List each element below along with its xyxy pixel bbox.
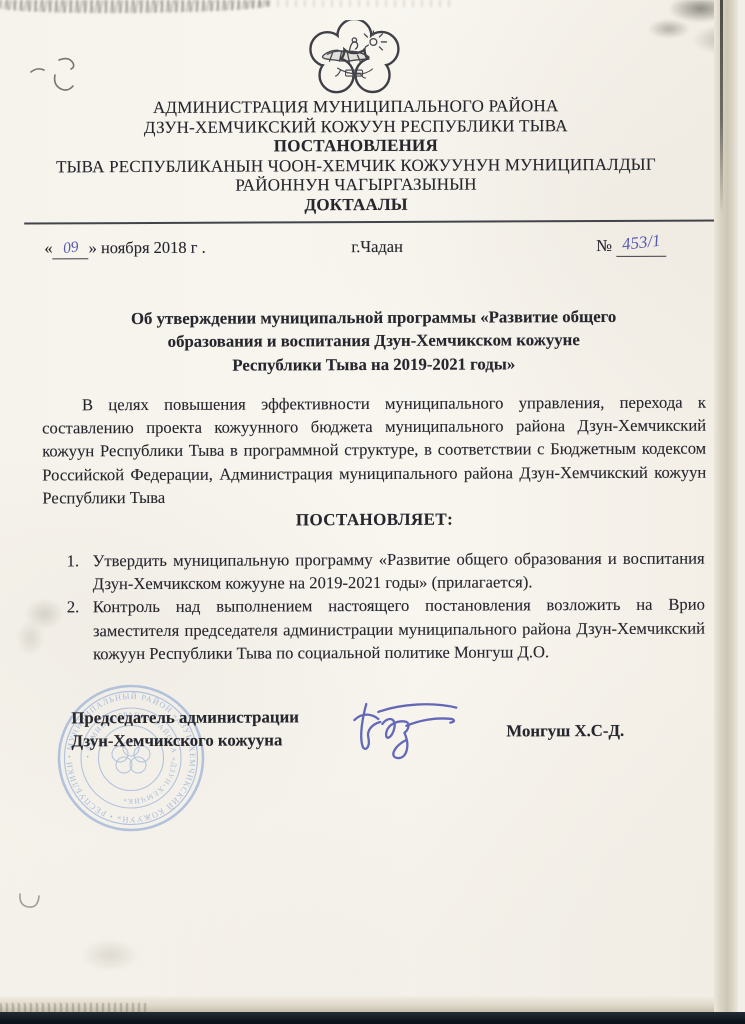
decree-title: Об утверждении муниципальной программы «… bbox=[42, 305, 706, 378]
quote-close: » bbox=[88, 238, 96, 257]
item-number: 1. bbox=[67, 549, 93, 596]
item-number: 2. bbox=[67, 596, 93, 666]
dateline: «09» ноября 2018 г . г.Чадан № 453/1 bbox=[0, 233, 713, 270]
tuva-coat-of-arms-icon bbox=[297, 20, 411, 98]
title-line2: образования и воспитания Дзун-Хемчикском… bbox=[42, 328, 706, 354]
preamble-paragraph: В целях повышения эффективности муниципа… bbox=[42, 391, 706, 510]
signature-ink bbox=[344, 686, 484, 775]
handwritten-day: 09 bbox=[62, 238, 80, 258]
letterhead: АДМИНИСТРАЦИЯ МУНИЦИПАЛЬНОГО РАЙОНА ДЗУН… bbox=[0, 96, 713, 217]
number-field: № 453/1 bbox=[596, 236, 666, 257]
handwritten-number: 453/1 bbox=[620, 231, 661, 255]
document-content: АДМИНИСТРАЦИЯ МУНИЦИПАЛЬНОГО РАЙОНА ДЗУН… bbox=[0, 0, 745, 1024]
item-text: Утвердить муниципальную программу «Разви… bbox=[93, 547, 705, 596]
signatory-name: Монгуш Х.С-Д. bbox=[506, 721, 624, 742]
header-divider bbox=[24, 219, 720, 224]
number-blank: 453/1 bbox=[616, 236, 666, 257]
number-label: № bbox=[596, 236, 612, 255]
resolution-list: 1. Утвердить муниципальную программу «Ра… bbox=[67, 547, 706, 666]
resolution-item-1: 1. Утвердить муниципальную программу «Ра… bbox=[67, 547, 705, 596]
quote-open: « bbox=[44, 238, 52, 257]
title-line3: Республики Тыва на 2019-2021 годы» bbox=[42, 351, 706, 377]
doc-type-tuvan: ДОКТААЛЫ bbox=[0, 193, 713, 216]
day-blank: 09 bbox=[52, 238, 88, 259]
title-line1: Об утверждении муниципальной программы «… bbox=[42, 305, 706, 331]
date-field: «09» ноября 2018 г . bbox=[44, 238, 206, 260]
scanned-decree-page: АДМИНИСТРАЦИЯ МУНИЦИПАЛЬНОГО РАЙОНА ДЗУН… bbox=[0, 0, 745, 1024]
signatory-position: Председатель администрации Дзун-Хемчикск… bbox=[71, 705, 299, 752]
org-name-tuvan-line1: ТЫВА РЕСПУБЛИКАНЫН ЧООН-ХЕМЧИК КОЖУУНУН … bbox=[0, 154, 713, 177]
item-text: Контроль над выполнением настоящего пост… bbox=[93, 593, 705, 665]
position-line1: Председатель администрации bbox=[71, 705, 299, 729]
date-tail: ноября 2018 г . bbox=[101, 238, 206, 257]
city-label: г.Чадан bbox=[351, 237, 403, 257]
position-line2: Дзун-Хемчикского кожууна bbox=[71, 728, 299, 752]
resolution-item-2: 2. Контроль над выполнением настоящего п… bbox=[67, 593, 705, 665]
resolves-heading: ПОСТАНОВЛЯЕТ: bbox=[42, 509, 706, 532]
